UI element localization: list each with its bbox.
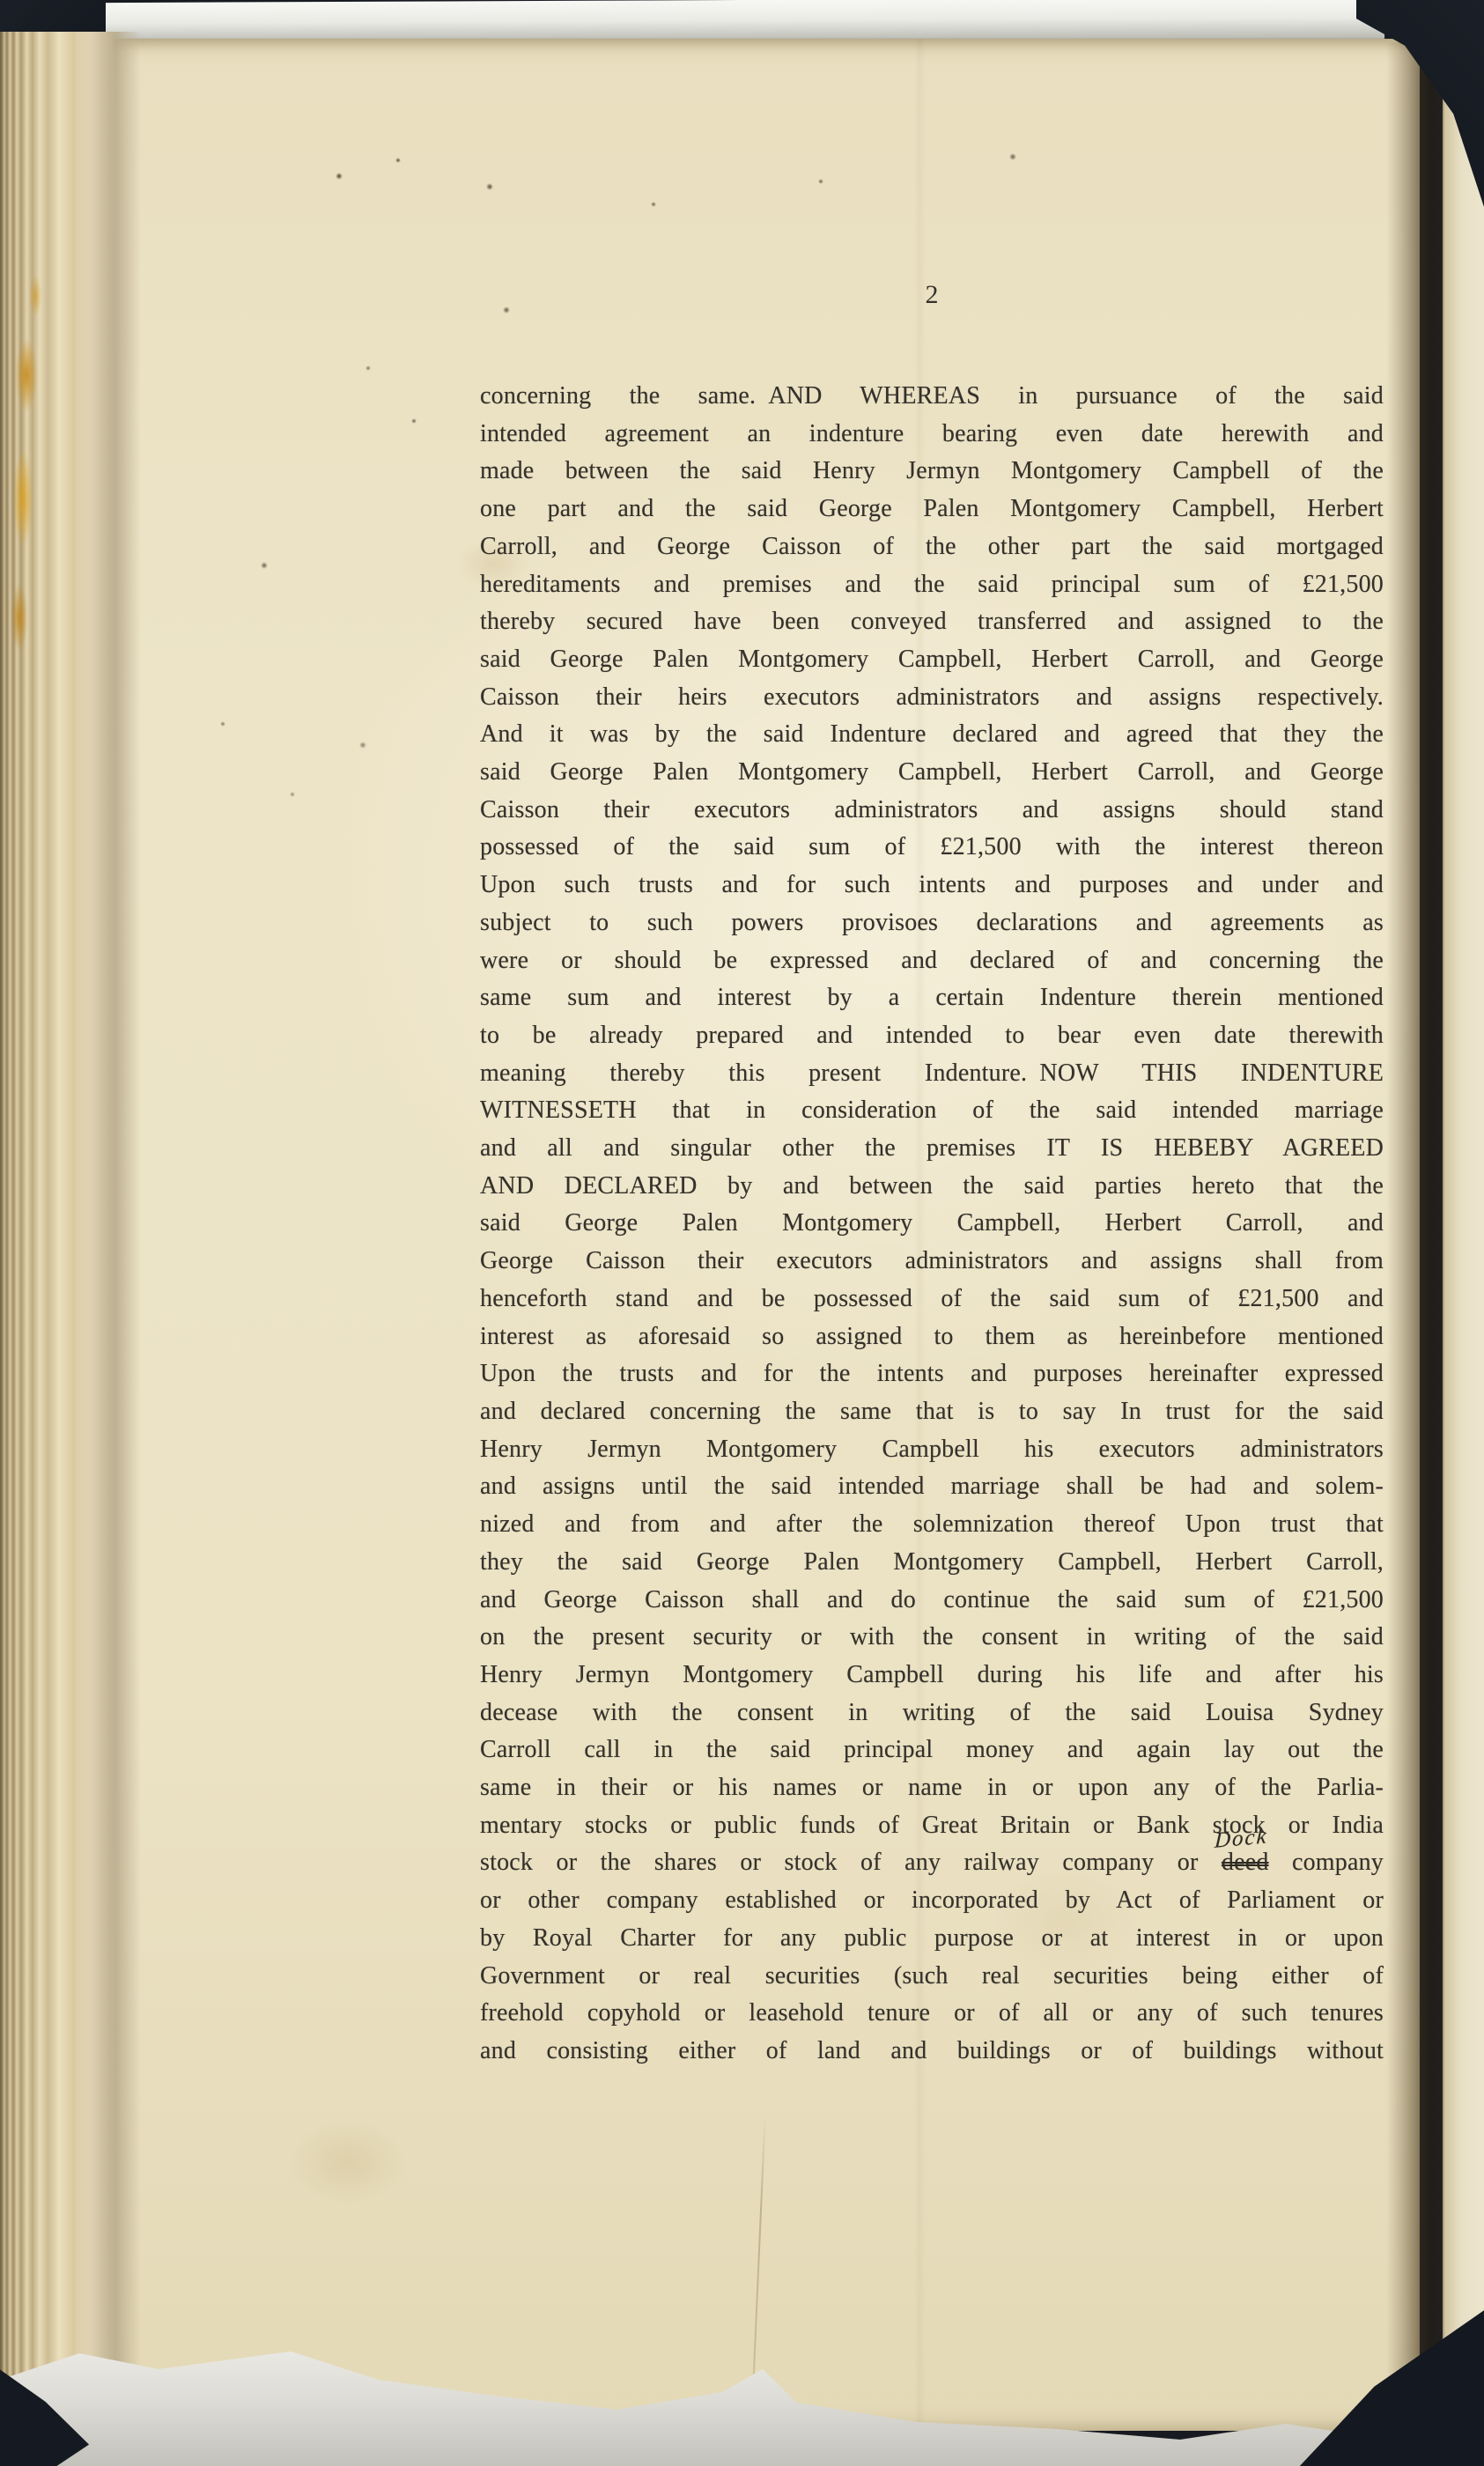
text-line: same sum and interest by a certain Inden… <box>480 979 1384 1017</box>
text-line: concerning the same. AND WHEREAS in purs… <box>480 378 1384 416</box>
text-line: or other company established or incorpor… <box>480 1882 1384 1920</box>
text-line: subject to such powers provisoes declara… <box>480 904 1384 942</box>
text-line: And it was by the said Indenture declare… <box>480 716 1384 754</box>
text-line: possessed of the said sum of £21,500 wit… <box>480 829 1384 867</box>
text-line: henceforth stand and be possessed of the… <box>480 1281 1384 1318</box>
text-line: said George Palen Montgomery Campbell, H… <box>480 641 1384 679</box>
text-line: hereditaments and premises and the said … <box>480 566 1384 604</box>
handwritten-correction: Dock <box>1214 1819 1269 1861</box>
text-line: freehold copyhold or leasehold tenure or… <box>480 1995 1384 2033</box>
text-line-with-correction: stock or the shares or stock of any rail… <box>480 1844 1384 1882</box>
text-line: one part and the said George Palen Montg… <box>480 491 1384 528</box>
text-line: and declared concerning the same that is… <box>480 1393 1384 1431</box>
facing-page-edge <box>1443 51 1484 2440</box>
text-line: they the said George Palen Montgomery Ca… <box>480 1544 1384 1582</box>
text-line: and all and singular other the premises … <box>480 1130 1384 1168</box>
text-line: Caisson their heirs executors administra… <box>480 679 1384 717</box>
document-text: concerning the same. AND WHEREAS in purs… <box>480 378 1384 2071</box>
text-line: same in their or his names or name in or… <box>480 1769 1384 1807</box>
text-line: decease with the consent in writing of t… <box>480 1694 1384 1732</box>
text-line: interest as aforesaid so assigned to the… <box>480 1318 1384 1356</box>
text-line: said George Palen Montgomery Campbell, H… <box>480 1205 1384 1243</box>
text-line: Upon the trusts and for the intents and … <box>480 1355 1384 1393</box>
text-line: thereby secured have been conveyed trans… <box>480 603 1384 641</box>
text-line: and consisting either of land and buildi… <box>480 2033 1384 2071</box>
text-line: on the present security or with the cons… <box>480 1619 1384 1657</box>
text-line: Henry Jermyn Montgomery Campbell his exe… <box>480 1431 1384 1469</box>
page-edge-stack <box>0 32 141 2424</box>
text-line: made between the said Henry Jermyn Montg… <box>480 453 1384 491</box>
text-line: Caisson their executors administrators a… <box>480 792 1384 830</box>
line-segment: company <box>1269 1849 1384 1876</box>
page-number: 2 <box>480 280 1384 310</box>
text-line: and assigns until the said intended marr… <box>480 1468 1384 1506</box>
text-line: Carroll call in the said principal money… <box>480 1731 1384 1769</box>
text-line: Government or real securities (such real… <box>480 1958 1384 1996</box>
text-line: Carroll, and George Caisson of the other… <box>480 528 1384 566</box>
text-line: WITNESSETH that in consideration of the … <box>480 1092 1384 1130</box>
text-line: intended agreement an indenture bearing … <box>480 416 1384 454</box>
text-line: nized and from and after the solemnizati… <box>480 1506 1384 1544</box>
line-segment: stock or the shares or stock of any rail… <box>480 1849 1222 1876</box>
text-line: AND DECLARED by and between the said par… <box>480 1168 1384 1206</box>
text-line: were or should be expressed and declared… <box>480 942 1384 980</box>
gutter-shadow <box>1386 42 1444 2434</box>
text-line: George Caisson their executors administr… <box>480 1243 1384 1281</box>
text-line: meaning thereby this present Indenture. … <box>480 1055 1384 1093</box>
text-line: by Royal Charter for any public purpose … <box>480 1920 1384 1958</box>
struck-word: Dockdeed <box>1222 1844 1269 1882</box>
text-line: said George Palen Montgomery Campbell, H… <box>480 754 1384 792</box>
text-line: to be already prepared and intended to b… <box>480 1017 1384 1055</box>
text-line: Henry Jermyn Montgomery Campbell during … <box>480 1657 1384 1694</box>
text-line: and George Caisson shall and do continue… <box>480 1582 1384 1620</box>
text-line: Upon such trusts and for such intents an… <box>480 867 1384 904</box>
